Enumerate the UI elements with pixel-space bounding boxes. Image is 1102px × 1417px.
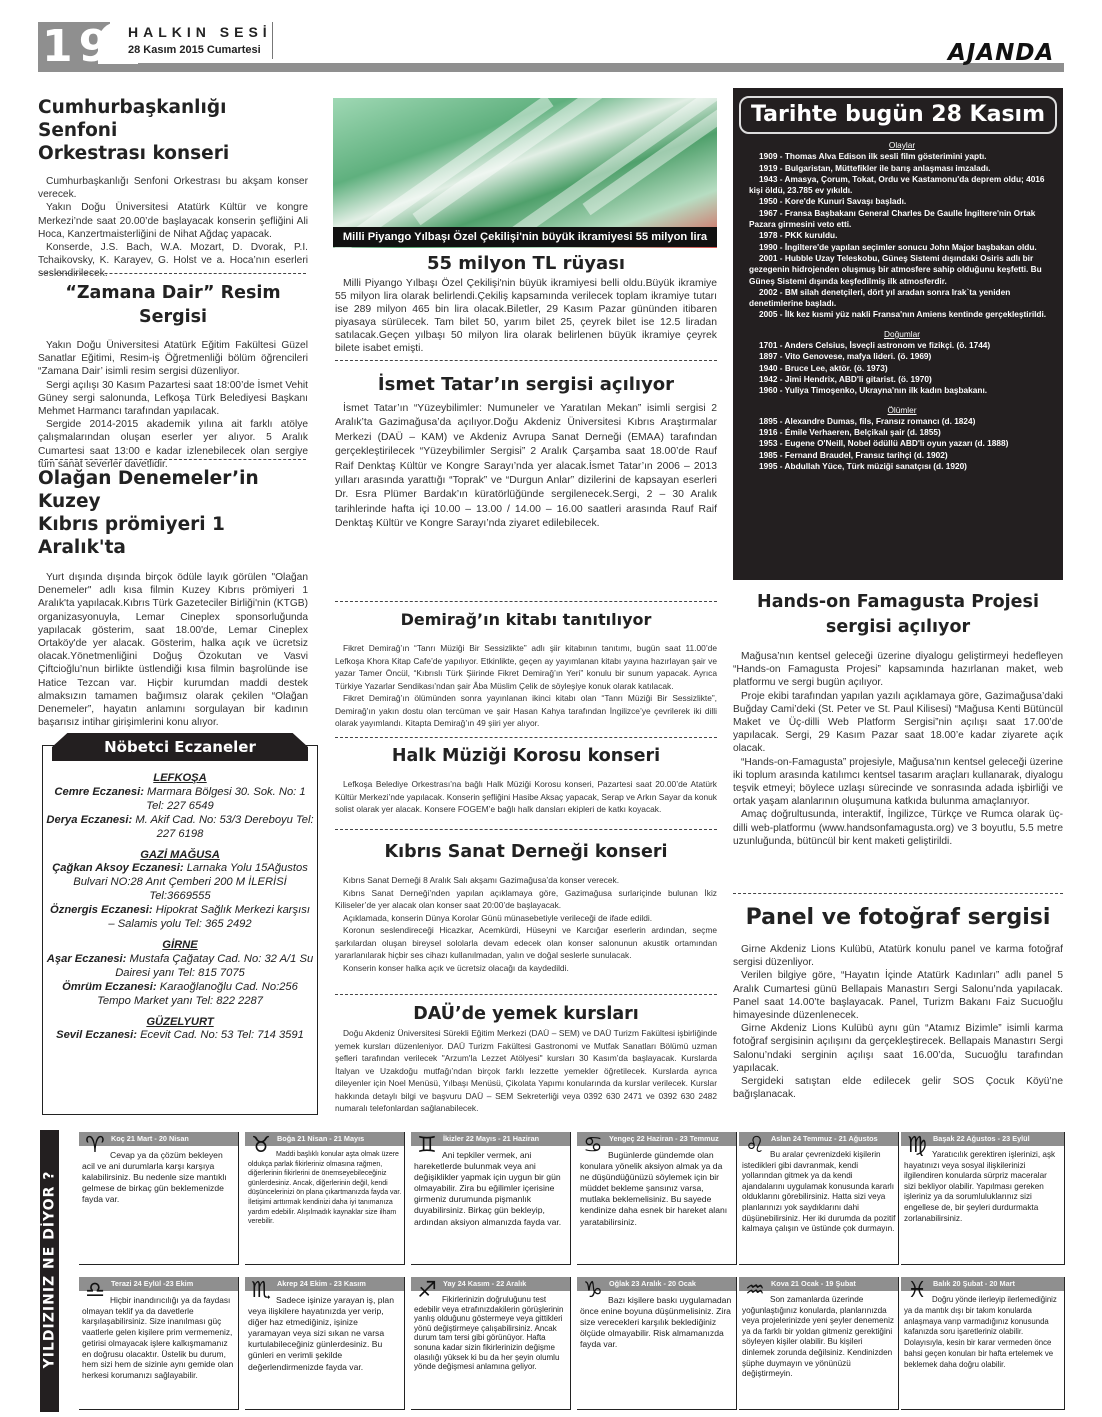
event-item: 1950 - Kore'de Kunuri Savaşı başladı. xyxy=(749,196,1055,207)
pharmacy-entry: Cemre Eczanesi: Marmara Bölgesi 30. Sok.… xyxy=(46,786,314,814)
article-zamana-dair: “Zamana Dair” Resim Sergisi Yakın Doğu Ü… xyxy=(38,281,308,471)
divider xyxy=(335,994,717,995)
pharmacy-address: Ecevit Cad. No: 53 Tel: 714 3591 xyxy=(140,1029,304,1041)
paragraph: Verilen bilgiye göre, “Hayatın İçinde At… xyxy=(733,969,1063,1022)
pharmacy-entry: Aşar Eczanesi: Mustafa Çağatay Cad. No: … xyxy=(46,953,314,981)
article-title: Hands-on Famagusta Projesi sergisi açılı… xyxy=(733,590,1063,640)
birth-item: 1940 - Bruce Lee, aktör. (ö. 1973) xyxy=(749,363,1055,374)
horoscope-card-yay: Yay 24 Kasım - 22 Aralık ♐ Fikirlerinizi… xyxy=(411,1277,571,1410)
sign-text: Son zamanlarda üzerinde yoğunlaştığınız … xyxy=(742,1295,896,1380)
lottery-photo xyxy=(333,98,717,248)
horoscope-card-boga: Boğa 21 Nisan - 21 Mayıs ♉ Maddi başlıkl… xyxy=(245,1132,405,1265)
birth-item: 1942 - Jimi Hendrix, ABD'li gitarist. (ö… xyxy=(749,374,1055,385)
events-heading: Olaylar xyxy=(749,140,1055,151)
article-title: “Zamana Dair” Resim Sergisi xyxy=(38,281,308,329)
deaths-heading: Ölümler xyxy=(749,405,1055,416)
horoscope-title: YILDIZINIZ NE DİYOR ? xyxy=(41,1130,60,1410)
sign-text: Hiçbir inandırıcılığı ya da faydası olma… xyxy=(82,1295,236,1381)
article-title: DAÜ’de yemek kursları xyxy=(335,1002,717,1026)
horoscope-card-aslan: Aslan 24 Temmuz - 21 Ağustos ♌ Bu aralar… xyxy=(739,1132,899,1265)
article-body: Mağusa’nın kentsel geleceği üzerine diya… xyxy=(733,650,1063,848)
paragraph: Lefkoşa Belediye Orkestrası’na bağlı Hal… xyxy=(335,778,717,816)
on-this-day-box: Tarihte bugün 28 Kasım Olaylar 1909 - Th… xyxy=(733,88,1063,580)
pharmacy-entry: Derya Eczanesi: M. Akif Cad. No: 53/3 De… xyxy=(46,814,314,842)
horoscope-card-koc: Koç 21 Mart - 20 Nisan ♈ Cevap ya da çöz… xyxy=(79,1132,239,1265)
sign-text: Yaratıcılık gerektiren işlerinizi, aşk h… xyxy=(904,1150,1058,1224)
sign-text: Bu aralar çevrenizdeki kişilerin istedik… xyxy=(742,1150,896,1235)
article-piyango: 55 milyon TL rüyası Milli Piyango Yılbaş… xyxy=(335,252,717,355)
article-body: Yakın Doğu Üniversitesi Atatürk Eğitim F… xyxy=(38,339,308,471)
pharmacy-name: Derya Eczanesi: xyxy=(46,814,132,826)
sign-text: Sadece işinize yarayan iş, plan veya ili… xyxy=(248,1295,402,1373)
title-line: Hands-on Famagusta Projesi xyxy=(733,590,1063,615)
divider xyxy=(335,737,717,738)
paragraph: Fikret Demirağ’ın ölümünden sonra yayınl… xyxy=(335,692,717,730)
horoscope-side-banner: YILDIZINIZ NE DİYOR ? xyxy=(40,1130,59,1412)
article-kibris-sanat: Kıbrıs Sanat Derneği konseri Kıbrıs Sana… xyxy=(335,840,717,974)
paragraph: Cumhurbaşkanlığı Senfoni Orkestrası bu a… xyxy=(38,175,308,201)
city-heading: GAZİ MAĞUSA xyxy=(46,849,314,863)
city-heading: LEFKOŞA xyxy=(46,772,314,786)
on-this-day-title: Tarihte bugün 28 Kasım xyxy=(739,96,1057,134)
pharmacy-address: M. Akif Cad. No: 53/3 Dereboyu Tel: 227 … xyxy=(135,814,313,840)
sign-text: Fikirlerinizin doğruluğunu test edebilir… xyxy=(414,1295,568,1372)
article-title: Demirağ’ın kitabı tanıtılıyor xyxy=(335,608,717,632)
pharmacy-address: Mustafa Çağatay Cad. No: 32 A/1 Su Daire… xyxy=(115,953,313,979)
death-item: 1916 - Émile Verhaeren, Belçikalı şair (… xyxy=(749,427,1055,438)
paragraph: Sergide 2014-2015 akademik yılına ait fa… xyxy=(38,418,308,471)
horoscope-card-balik: Balık 20 Şubat - 20 Mart ♓ Doğru yönde i… xyxy=(901,1277,1065,1410)
paragraph: Doğu Akdeniz Üniversitesi Sürekli Eğitim… xyxy=(335,1027,717,1115)
issue-date: 28 Kasım 2015 Cumartesi xyxy=(128,44,261,56)
event-item: 2005 - İlk kez kısmi yüz nakli Fransa'nı… xyxy=(749,309,1055,320)
city-heading: GİRNE xyxy=(46,939,314,953)
paragraph: Konserin konser halka açık ve ücretsiz o… xyxy=(335,962,717,975)
horoscope-card-basak: Başak 22 Ağustos - 23 Eylül ♍ Yaratıcılı… xyxy=(901,1132,1065,1265)
article-title: Halk Müziği Korosu konseri xyxy=(335,744,717,768)
title-line: Cumhurbaşkanlığı Senfoni xyxy=(38,96,308,142)
article-body: Fikret Demirağ’ın “Tanrı Müziği Bir Sess… xyxy=(335,642,717,730)
paragraph: Milli Piyango Yılbaşı Özel Çekilişi'nin … xyxy=(335,278,717,355)
birth-item: 1701 - Anders Celsius, İsveçli astronom … xyxy=(749,340,1055,351)
paragraph: Girne Akdeniz Lions Kulübü aynı gün “Ata… xyxy=(733,1022,1063,1075)
pharmacy-list: LEFKOŞA Cemre Eczanesi: Marmara Bölgesi … xyxy=(46,772,314,1043)
paragraph: Amaç doğrultusunda, interaktif, İngilizc… xyxy=(733,808,1063,848)
paragraph: Girne Akdeniz Lions Kulübü, Atatürk konu… xyxy=(733,943,1063,969)
section-name: AJANDA xyxy=(948,40,1054,66)
horoscope-grid: Koç 21 Mart - 20 Nisan ♈ Cevap ya da çöz… xyxy=(79,1132,1065,1414)
photo-caption: Milli Piyango Yılbaşı Özel Çekilişi'nin … xyxy=(333,227,717,247)
divider xyxy=(335,360,717,361)
paragraph: Açıklamada, konserin Dünya Korolar Günü … xyxy=(335,912,717,925)
paragraph: İsmet Tatar’ın “Yüzeybilimler: Numuneler… xyxy=(335,402,717,532)
event-item: 1990 - İngiltere'de yapılan seçimler son… xyxy=(749,242,1055,253)
paragraph: Yurt dışında dışında birçok ödüle layık … xyxy=(38,571,308,729)
divider xyxy=(335,829,717,830)
article-olagan-denemeler: Olağan Denemeler’in Kuzey Kıbrıs prömiye… xyxy=(38,467,308,729)
article-body: Girne Akdeniz Lions Kulübü, Atatürk konu… xyxy=(733,943,1063,1101)
horoscope-card-akrep: Akrep 24 Ekim - 23 Kasım ♏ Sadece işiniz… xyxy=(245,1277,405,1410)
header-bar xyxy=(38,63,1064,72)
death-item: 1953 - Eugene O'Neill, Nobel ödüllü ABD'… xyxy=(749,438,1055,449)
article-body: Milli Piyango Yılbaşı Özel Çekilişi'nin … xyxy=(335,278,717,355)
horoscope-card-oglak: Oğlak 23 Aralık - 20 Ocak ♑ Bazı kişiler… xyxy=(577,1277,737,1410)
paragraph: Konserde, J.S. Bach, W.A. Mozart, D. Dvo… xyxy=(38,241,308,281)
divider xyxy=(40,273,306,274)
pharmacy-name: Cemre Eczanesi: xyxy=(54,786,144,798)
pharmacy-entry: Ömrüm Eczanesi: Karaoğlanoğlu Cad. No:25… xyxy=(46,981,314,1009)
event-item: 2002 - BM silah denetçileri, dört yıl ar… xyxy=(749,287,1055,310)
death-item: 1985 - Fernand Braudel, Fransız tarihçi … xyxy=(749,450,1055,461)
pharmacy-name: Ömrüm Eczanesi: xyxy=(62,981,157,993)
sign-text: Ani tepkiler vermek, ani hareketlerde bu… xyxy=(414,1150,568,1228)
pharmacy-entry: Öznergis Eczanesi: Hipokrat Sağlık Merke… xyxy=(46,904,314,932)
sign-text: Cevap ya da çözüm bekleyen acil ve ani d… xyxy=(82,1150,236,1205)
paragraph: Sergideki satıştan elde edilecek gelir S… xyxy=(733,1075,1063,1101)
paragraph: Sergi açılışı 30 Kasım Pazartesi saat 18… xyxy=(38,379,308,419)
article-body: Doğu Akdeniz Üniversitesi Sürekli Eğitim… xyxy=(335,1027,717,1115)
article-title: Kıbrıs Sanat Derneği konseri xyxy=(335,840,717,864)
births-heading: Doğumlar xyxy=(749,329,1055,340)
city-heading: GÜZELYURT xyxy=(46,1016,314,1030)
article-title: Olağan Denemeler’in Kuzey Kıbrıs prömiye… xyxy=(38,467,308,559)
title-line: Kıbrıs prömiyeri 1 Aralık'ta xyxy=(38,513,308,559)
title-line: sergisi açılıyor xyxy=(733,615,1063,640)
paragraph: Mağusa’nın kentsel geleceği üzerine diya… xyxy=(733,650,1063,690)
paragraph: Fikret Demirağ’ın “Tanrı Müziği Bir Sess… xyxy=(335,642,717,692)
pharmacy-name: Öznergis Eczanesi: xyxy=(50,904,153,916)
horoscope-card-yengec: Yengeç 22 Haziran - 23 Temmuz ♋ Bugünler… xyxy=(577,1132,737,1265)
horoscope-card-terazi: Terazi 24 Eylül -23 Ekim ♎ Hiçbir inandı… xyxy=(79,1277,239,1410)
article-dau-yemek: DAÜ’de yemek kursları Doğu Akdeniz Ünive… xyxy=(335,1002,717,1115)
newspaper-name: HALKIN SESİ xyxy=(128,24,272,40)
article-body: Kıbrıs Sanat Derneği 8 Aralık Salı akşam… xyxy=(335,874,717,974)
pharmacy-entry: Sevil Eczanesi: Ecevit Cad. No: 53 Tel: … xyxy=(46,1029,314,1043)
sign-text: Maddi başlıklı konular aşta olmak üzere … xyxy=(248,1150,402,1227)
pharmacy-name: Aşar Eczanesi: xyxy=(47,953,127,965)
paragraph: Yakın Doğu Üniversitesi Atatürk Kültür v… xyxy=(38,201,308,241)
pharmacy-address: Marmara Bölgesi 30. Sok. No: 1 Tel: 227 … xyxy=(146,786,305,812)
divider xyxy=(40,459,306,460)
article-halk-muzigi: Halk Müziği Korosu konseri Lefkoşa Beled… xyxy=(335,744,717,816)
header-divider xyxy=(272,22,273,59)
event-item: 1978 - PKK kuruldu. xyxy=(749,230,1055,241)
horoscope-card-ikizler: İkizler 22 Mayıs - 21 Haziran ♊ Ani tepk… xyxy=(411,1132,571,1265)
pharmacy-name: Çağkan Aksoy Eczanesi: xyxy=(52,862,183,874)
article-body: İsmet Tatar’ın “Yüzeybilimler: Numuneler… xyxy=(335,402,717,532)
on-this-day-content: Olaylar 1909 - Thomas Alva Edison ilk se… xyxy=(749,140,1055,472)
pharmacy-title: Nöbetci Eczaneler xyxy=(52,733,308,761)
article-panel: Panel ve fotoğraf sergisi Girne Akdeniz … xyxy=(733,903,1063,1101)
title-line: Orkestrası konseri xyxy=(38,142,308,165)
event-item: 2001 - Hubble Uzay Teleskobu, Güneş Sist… xyxy=(749,253,1055,287)
paragraph: Kıbrıs Sanat Derneği’nden yapılan açıkla… xyxy=(335,887,717,912)
article-demirag: Demirağ’ın kitabı tanıtılıyor Fikret Dem… xyxy=(335,608,717,730)
photo-detail xyxy=(582,98,717,215)
death-item: 1995 - Abdullah Yüce, Türk müziği sanatç… xyxy=(749,461,1055,472)
event-item: 1909 - Thomas Alva Edison ilk sesli film… xyxy=(749,151,1055,162)
article-title: Cumhurbaşkanlığı Senfoni Orkestrası kons… xyxy=(38,96,308,165)
event-item: 1919 - Bulgaristan, Müttefikler ile barı… xyxy=(749,163,1055,174)
paragraph: Kıbrıs Sanat Derneği 8 Aralık Salı akşam… xyxy=(335,874,717,887)
divider xyxy=(335,601,717,602)
photo-detail xyxy=(502,98,717,245)
article-ismet-tatar: İsmet Tatar’ın sergisi açılıyor İsmet Ta… xyxy=(335,373,717,532)
sign-text: Bugünlerde gündemde olan konulara yöneli… xyxy=(580,1150,734,1228)
sign-text: Doğru yönde ilerleyip ilerlemediğiniz ya… xyxy=(904,1295,1058,1371)
horoscope-card-kova: Kova 21 Ocak - 19 Şubat ♒ Son zamanlarda… xyxy=(739,1277,899,1410)
paragraph: “Hands-on-Famagusta” projesiyle, Mağusa'… xyxy=(733,756,1063,809)
birth-item: 1897 - Vito Genovese, mafya lideri. (ö. … xyxy=(749,351,1055,362)
article-body: Cumhurbaşkanlığı Senfoni Orkestrası bu a… xyxy=(38,175,308,281)
pharmacy-entry: Çağkan Aksoy Eczanesi: Larnaka Yolu 15Ağ… xyxy=(46,862,314,904)
paragraph: Yakın Doğu Üniversitesi Atatürk Eğitim F… xyxy=(38,339,308,379)
paragraph: Proje ekibi tarafından yapılan yazılı aç… xyxy=(733,690,1063,756)
article-senfoni: Cumhurbaşkanlığı Senfoni Orkestrası kons… xyxy=(38,96,308,281)
paragraph: Koronun seslendireceği Hicazkar, Acemkür… xyxy=(335,924,717,962)
death-item: 1895 - Alexandre Dumas, fils, Fransız ro… xyxy=(749,416,1055,427)
article-body: Lefkoşa Belediye Orkestrası’na bağlı Hal… xyxy=(335,778,717,816)
article-hands-on: Hands-on Famagusta Projesi sergisi açılı… xyxy=(733,590,1063,848)
pharmacy-name: Sevil Eczanesi: xyxy=(56,1029,137,1041)
divider xyxy=(733,893,1063,894)
sign-text: Bazı kişilere baskı uygulamadan önce eni… xyxy=(580,1295,734,1350)
event-item: 1943 - Amasya, Çorum, Tokat, Ordu ve Kas… xyxy=(749,174,1055,197)
title-line: Olağan Denemeler’in Kuzey xyxy=(38,467,308,513)
article-title: 55 milyon TL rüyası xyxy=(335,252,717,276)
birth-item: 1960 - Yuliya Timoşenko, Ukrayna'nın ilk… xyxy=(749,385,1055,396)
article-title: İsmet Tatar’ın sergisi açılıyor xyxy=(335,373,717,397)
article-body: Yurt dışında dışında birçok ödüle layık … xyxy=(38,571,308,729)
event-item: 1967 - Fransa Başbakanı General Charles … xyxy=(749,208,1055,231)
article-title: Panel ve fotoğraf sergisi xyxy=(733,903,1063,933)
